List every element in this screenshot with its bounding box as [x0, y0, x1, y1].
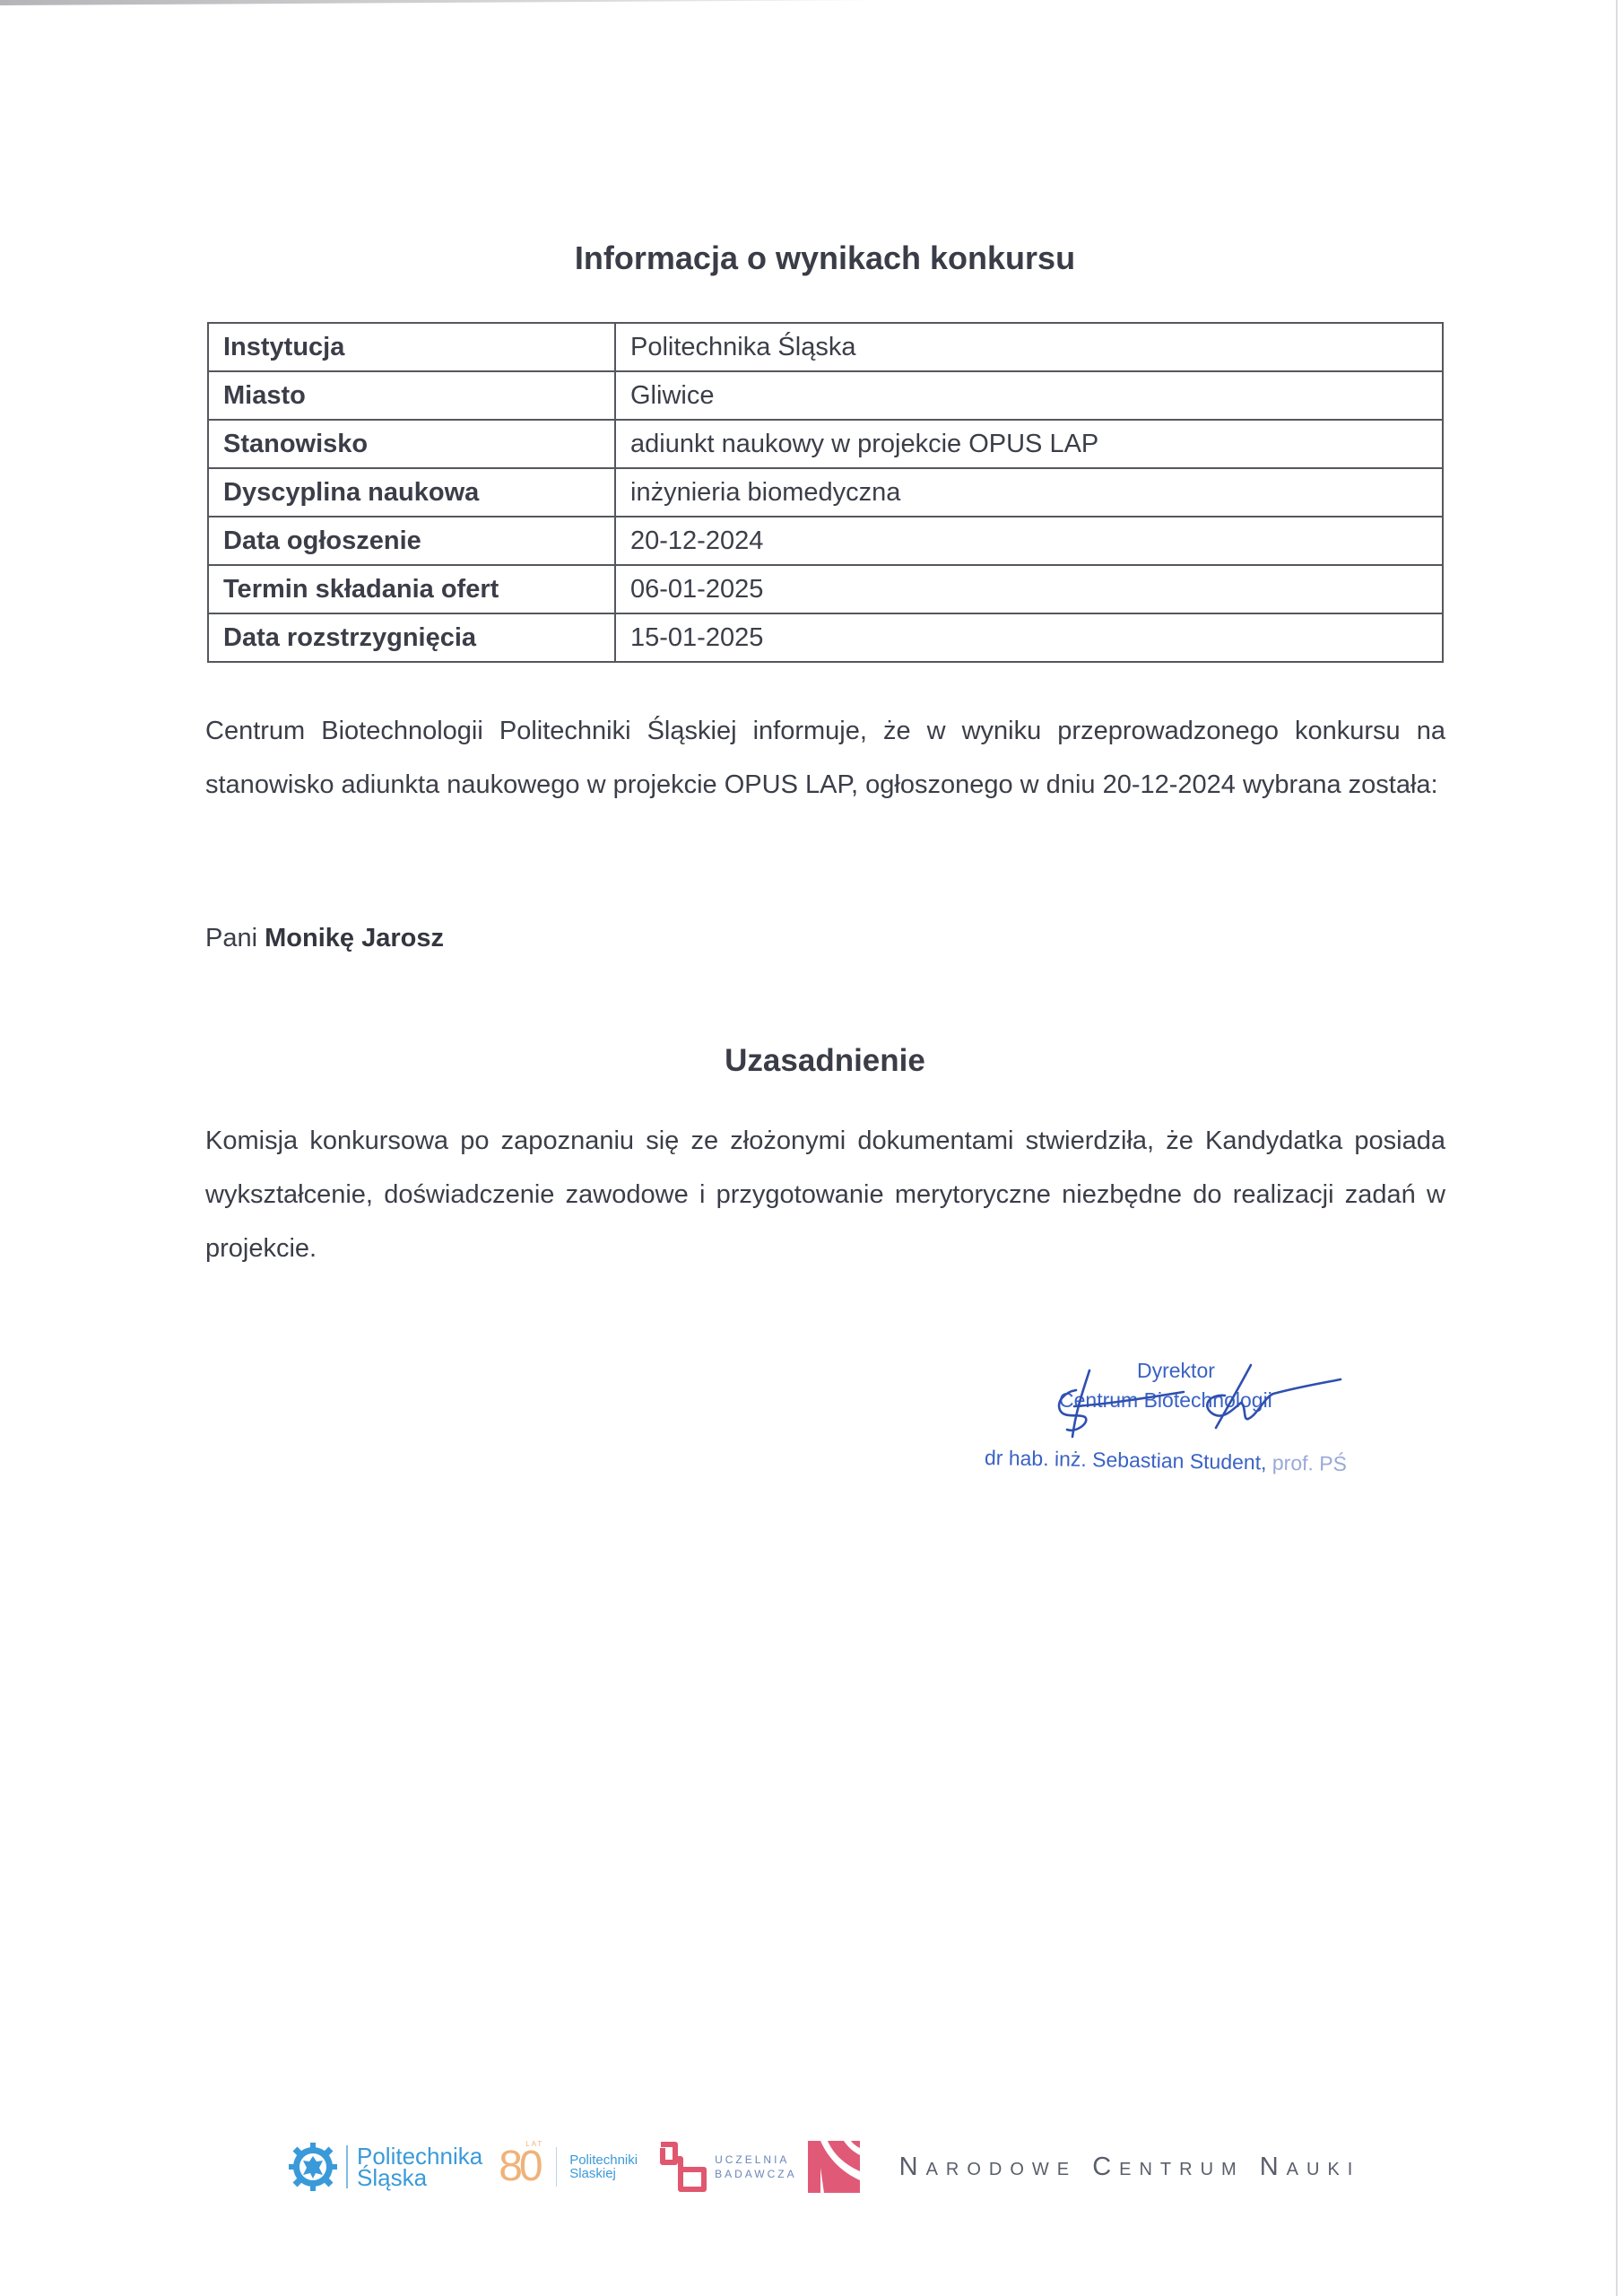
logo-80-lat-label: LAT	[525, 2140, 543, 2148]
row-label: Dyscyplina naukowa	[208, 468, 615, 517]
row-label: Data rozstrzygnięcia	[208, 613, 615, 662]
table-row: Data rozstrzygnięcia 15-01-2025	[208, 613, 1443, 662]
winner-name: Monikę Jarosz	[265, 924, 444, 952]
row-value: inżynieria biomedyczna	[615, 468, 1443, 517]
logo-ub-line2: BADAWCZA	[715, 2167, 797, 2181]
logo-ps-text: Politechnika Śląska	[346, 2145, 482, 2188]
anniversary-80-icon: 80 LAT	[499, 2140, 549, 2194]
logo-80-line2: Slaskiej	[569, 2167, 638, 2180]
row-value: Politechnika Śląska	[615, 323, 1443, 371]
row-value: 06-01-2025	[615, 565, 1443, 613]
row-label: Miasto	[208, 371, 615, 420]
row-value: 15-01-2025	[615, 613, 1443, 662]
row-label: Stanowisko	[208, 420, 615, 468]
document-title: Informacja o wynikach konkursu	[0, 239, 1623, 277]
logo-ps-line2: Śląska	[357, 2167, 482, 2188]
table-row: Miasto Gliwice	[208, 371, 1443, 420]
justification-paragraph: Komisja konkursowa po zapoznaniu się ze …	[205, 1114, 1445, 1275]
gear-eagle-icon	[287, 2141, 339, 2193]
signatory-name: dr hab. inż. Sebastian Student, prof. PŚ	[985, 1446, 1347, 1476]
logo-ncn-text: Narodowe Centrum Nauki	[899, 2152, 1361, 2182]
footer-logos: Politechnika Śląska 80 LAT Politechniki …	[287, 2131, 1453, 2203]
logo-ub-line1: UCZELNIA	[715, 2152, 797, 2167]
signatory-name-text: dr hab. inż. Sebastian Student,	[985, 1446, 1267, 1474]
logo-80-lat: 80 LAT Politechniki Slaskiej	[499, 2140, 638, 2194]
row-value: Gliwice	[615, 371, 1443, 420]
justification-heading: Uzasadnienie	[0, 1043, 1623, 1079]
ncn-n-icon	[808, 2141, 860, 2193]
logo-80-text: Politechniki Slaskiej	[556, 2147, 638, 2187]
scan-edge-shadow	[0, 0, 1004, 5]
logo-ncn: Narodowe Centrum Nauki	[808, 2141, 1361, 2193]
row-value: 20-12-2024	[615, 517, 1443, 565]
info-table: Instytucja Politechnika Śląska Miasto Gl…	[207, 322, 1444, 663]
logo-80-number: 80	[499, 2142, 539, 2191]
scan-edge-line	[1616, 0, 1618, 2296]
table-row: Stanowisko adiunkt naukowy w projekcie O…	[208, 420, 1443, 468]
table-row: Termin składania ofert 06-01-2025	[208, 565, 1443, 613]
uczelnia-badawcza-icon	[655, 2139, 709, 2195]
table-row: Data ogłoszenie 20-12-2024	[208, 517, 1443, 565]
row-label: Data ogłoszenie	[208, 517, 615, 565]
row-value: adiunkt naukowy w projekcie OPUS LAP	[615, 420, 1443, 468]
row-label: Termin składania ofert	[208, 565, 615, 613]
signatory-title-faded: prof. PŚ	[1272, 1451, 1348, 1475]
table-row: Dyscyplina naukowa inżynieria biomedyczn…	[208, 468, 1443, 517]
winner-prefix: Pani	[205, 924, 257, 952]
logo-uczelnia-badawcza: UCZELNIA BADAWCZA	[655, 2139, 797, 2195]
logo-ub-text: UCZELNIA BADAWCZA	[715, 2152, 797, 2181]
logo-politechnika-slaska: Politechnika Śląska	[287, 2141, 482, 2193]
winner-line: Pani Monikę Jarosz	[205, 924, 444, 953]
logo-80-line1: Politechniki	[569, 2153, 638, 2167]
signature-icon	[1049, 1354, 1345, 1444]
announcement-paragraph: Centrum Biotechnologii Politechniki Śląs…	[205, 704, 1445, 812]
row-label: Instytucja	[208, 323, 615, 371]
table-row: Instytucja Politechnika Śląska	[208, 323, 1443, 371]
